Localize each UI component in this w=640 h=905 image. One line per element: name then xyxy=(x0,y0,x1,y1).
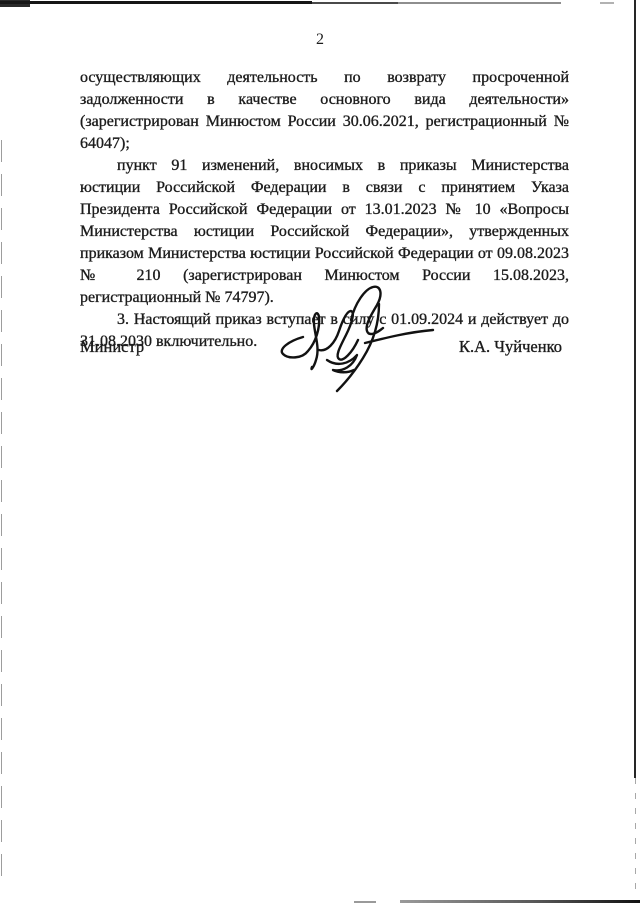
scan-artifact-top-edge-speck xyxy=(600,2,614,4)
signature-block: Министр К.А. Чуйченко xyxy=(80,337,562,357)
signer-name: К.А. Чуйченко xyxy=(459,337,562,357)
scan-artifact-right-edge-faint xyxy=(635,778,636,898)
scan-artifact-top-edge-dark xyxy=(0,1,312,4)
scan-artifact-top-edge-mid xyxy=(312,2,398,4)
scan-artifact-top-left-corner xyxy=(0,0,30,7)
scan-artifact-right-edge xyxy=(634,0,636,778)
scan-artifact-bottom-edge xyxy=(400,900,640,903)
paragraph-registration-64047: осуществляющих деятельность по возврату … xyxy=(80,67,569,155)
scan-artifact-top-edge-light xyxy=(398,2,561,4)
scan-artifact-left-edge xyxy=(1,140,2,885)
scanned-document-page: 2 осуществляющих деятельность по возврат… xyxy=(0,0,640,905)
signer-role: Министр xyxy=(80,337,144,357)
scan-artifact-bottom-dash xyxy=(354,901,376,903)
page-number: 2 xyxy=(0,31,640,49)
